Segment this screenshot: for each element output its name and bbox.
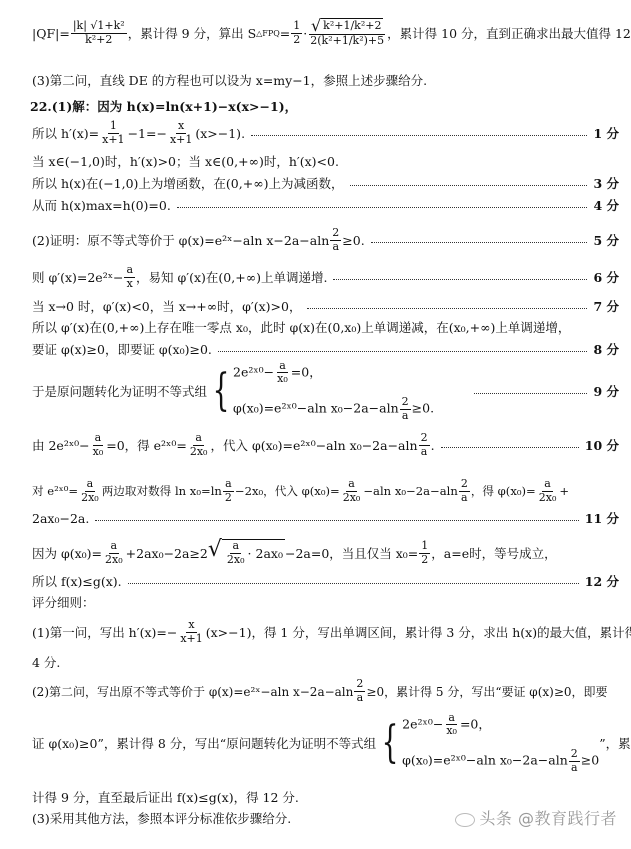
left-brace-icon: { — [382, 721, 399, 765]
score-label: 8 分 — [593, 340, 619, 358]
text: =0， — [460, 716, 491, 731]
denominator: x₀ — [91, 446, 106, 459]
text: 因为 φ(x₀)= — [32, 544, 102, 562]
proof-start-line: (2)证明：原不等式等价于 φ(x)=e²ˣ−aln x−2a−aln 2a ≥… — [32, 225, 619, 255]
score-label: 9 分 — [593, 382, 619, 400]
text: ”，累 — [599, 734, 630, 752]
fraction: 2a — [354, 678, 365, 704]
dotted-leader — [128, 583, 579, 584]
score-label: 12 分 — [585, 572, 619, 590]
text: 2e²ˣ⁰− — [233, 364, 274, 379]
numerator: 1 — [291, 20, 302, 34]
text: φ(x₀)=e²ˣ⁰−aln x₀−2a−aln — [402, 753, 568, 768]
denominator: a — [419, 446, 430, 459]
numerator: 2 — [330, 227, 341, 241]
text: −1=− — [128, 126, 167, 141]
fraction: a2x₀ — [537, 478, 559, 504]
score-label: 11 分 — [585, 509, 619, 527]
text: ，代入 φ(x₀)=e²ˣ⁰−aln x₀−2a−aln — [210, 436, 417, 454]
sign-analysis-line: 当 x∈(−1,0)时，h′(x)>0；当 x∈(0,+∞)时，h′(x)<0. — [32, 151, 619, 171]
text: −2a=0，当且仅当 x₀= — [285, 544, 418, 562]
numerator: a — [109, 540, 120, 554]
fraction: 2a — [400, 396, 411, 422]
result-line: 2ax₀−2a. 11 分 — [32, 508, 619, 528]
fraction: ax₀ — [444, 712, 459, 738]
fraction: ax — [124, 264, 135, 290]
derivative-line: 所以 h′(x)= 1x+1 −1=− xx+1 (x>−1). 1 分 — [32, 118, 619, 148]
radicand: k²+1/k²+2 — [321, 18, 383, 34]
fraction: ax₀ — [275, 360, 290, 386]
system-rows: 2e²ˣ⁰−ax₀=0， φ(x₀)=e²ˣ⁰−aln x₀−2a−aln2a≥… — [402, 712, 599, 775]
denominator: k²+2 — [83, 34, 114, 47]
text: ≥0. — [342, 233, 364, 248]
score-label: 10 分 — [585, 436, 619, 454]
text: =0， — [291, 364, 322, 379]
text: (x>−1). — [195, 126, 245, 141]
score-label: 6 分 — [593, 268, 619, 286]
text: (2)证明：原不等式等价于 φ(x)=e²ˣ−aln x−2a−aln — [32, 231, 329, 249]
numerator: a — [85, 478, 96, 492]
text: ，得 φ(x₀)= — [471, 483, 536, 499]
numerator: |k| √1+k² — [71, 20, 127, 34]
denominator: 2 — [223, 492, 234, 505]
score-label: 5 分 — [593, 231, 619, 249]
rule-part2-system-line: 证 φ(x₀)≥0”，累计得 8 分，写出“原问题转化为证明不等式组 { 2e²… — [32, 712, 619, 774]
denominator: x+1 — [178, 633, 204, 646]
dotted-leader — [177, 207, 588, 208]
substitution-line: 由 2e²ˣ⁰− ax₀ =0，得 e²ˣ⁰= a2x₀ ，代入 φ(x₀)=e… — [32, 430, 619, 460]
numerator: a — [230, 540, 241, 554]
text: 所以 h′(x)= — [32, 124, 99, 142]
text: 所以 f(x)≤g(x). — [32, 572, 122, 590]
text: −aln x₀−2a−aln — [363, 484, 457, 498]
text: 由 2e²ˣ⁰− — [32, 436, 90, 454]
fraction: |k| √1+k² k²+2 — [71, 20, 127, 46]
denominator: a — [400, 410, 411, 423]
text: ，累计得 10 分，直到正确求出最大值得 12 分. — [387, 24, 631, 42]
fraction: 2a — [419, 432, 430, 458]
grading-rules-heading: 评分细则： — [32, 592, 619, 612]
rule-part1-cont: 4 分. — [32, 652, 619, 672]
text: ≥0 — [581, 753, 599, 768]
denominator: 2x₀ — [188, 446, 210, 459]
text: ，a=e时，等号成立， — [431, 544, 556, 562]
numerator: 1 — [108, 120, 119, 134]
text: · — [303, 26, 307, 41]
numerator: 2 — [459, 478, 470, 492]
numerator: a — [93, 432, 104, 446]
text: =0，得 e²ˣ⁰= — [106, 436, 187, 454]
numerator: x — [186, 619, 196, 633]
qf-formula-line: |QF|= |k| √1+k² k²+2 ，累计得 9 分，算出 S△FPQ =… — [32, 10, 619, 56]
denominator: 2x₀ — [225, 554, 247, 567]
sqrt: √k²+1/k²+2 — [311, 18, 384, 34]
denominator: x+1 — [168, 134, 194, 147]
numerator: x — [176, 120, 186, 134]
text: 22.(1)解：因为 h(x)=ln(x+1)−x(x>−1)， — [30, 97, 297, 115]
dotted-leader — [441, 447, 579, 448]
numerator: a — [542, 478, 553, 492]
score-label: 4 分 — [593, 196, 619, 214]
text: 则 φ′(x)=2e²ˣ− — [32, 268, 123, 286]
fraction: ax₀ — [91, 432, 106, 458]
numerator: 2 — [400, 396, 411, 410]
text: 证 φ(x₀)≥0”，累计得 8 分，写出“原问题转化为证明不等式组 — [32, 734, 376, 752]
watermark: 头条 @教育践行者 — [455, 806, 617, 829]
denominator: a — [331, 241, 342, 254]
text: ，易知 φ′(x)在(0,+∞)上单调递增. — [136, 268, 327, 286]
system-row-1: 2e²ˣ⁰−ax₀=0， — [233, 360, 434, 386]
rule-part2-line: (2)第二问，写出原不等式等价于 φ(x)=e²ˣ−aln x−2a−aln 2… — [32, 676, 619, 706]
fraction: a2x₀ — [79, 478, 101, 504]
dotted-leader — [371, 242, 588, 243]
fraction: a2x₀ — [103, 540, 125, 566]
text: 当 x∈(−1,0)时，h′(x)>0；当 x∈(0,+∞)时，h′(x)<0. — [32, 152, 339, 170]
numerator: a — [124, 264, 135, 278]
radical-icon: √ — [311, 18, 321, 34]
fraction: a2x₀ — [225, 540, 247, 566]
denominator: x — [125, 278, 135, 291]
radicand: a2x₀· 2ax₀ — [222, 539, 285, 566]
text: 对 e²ˣ⁰= — [32, 483, 78, 499]
text: (3)采用其他方法，参照本评分标准依步骤给分. — [32, 809, 291, 827]
dotted-leader — [218, 351, 588, 352]
denominator: 2x₀ — [341, 492, 363, 505]
monotonic-line: 所以 h(x)在(−1,0)上为增函数，在(0,+∞)上为减函数， 3 分 — [32, 173, 619, 193]
wechat-icon — [455, 813, 475, 827]
denominator: 2x₀ — [79, 492, 101, 505]
sqrt: √a2x₀· 2ax₀ — [208, 539, 285, 566]
fraction: 1x+1 — [100, 120, 126, 146]
text: (x>−1)，得 1 分，写出单调区间，累计得 3 分，求出 h(x)的最大值，… — [206, 623, 631, 641]
numerator: a — [346, 478, 357, 492]
denominator: x₀ — [444, 725, 459, 738]
denominator: x+1 — [100, 134, 126, 147]
numerator: 1 — [419, 540, 430, 554]
radical-icon: √ — [208, 539, 222, 566]
system-row-1: 2e²ˣ⁰−ax₀=0， — [402, 712, 599, 738]
rule-part1-line: (1)第一问，写出 h′(x)=− xx+1 (x>−1)，得 1 分，写出单调… — [32, 617, 619, 647]
dotted-leader — [333, 279, 587, 280]
denominator: 2 — [291, 34, 302, 47]
fraction: xx+1 — [178, 619, 204, 645]
denominator: 2x₀ — [537, 492, 559, 505]
text: (2)第二问，写出原不等式等价于 φ(x)=e²ˣ−aln x−2a−aln — [32, 683, 353, 700]
denominator: x₀ — [275, 373, 290, 386]
watermark-text: 头条 @教育践行者 — [479, 809, 617, 828]
score-label: 7 分 — [593, 297, 619, 315]
text: + — [559, 484, 569, 498]
denominator: 2(k²+1/k²)+5 — [308, 35, 386, 48]
limit-line: 当 x→0 时，φ′(x)<0，当 x→+∞时，φ′(x)>0， 7 分 — [32, 296, 619, 316]
text: 要证 φ(x)≥0，即要证 φ(x₀)≥0. — [32, 340, 212, 358]
text: (3)第二问，直线 DE 的方程也可以设为 x=my−1，参照上述步骤给分. — [32, 71, 427, 89]
subscript: △FPQ — [256, 29, 280, 38]
text: ≥0. — [412, 401, 434, 416]
system-row-2: φ(x₀)=e²ˣ⁰−aln x₀−2a−aln2a≥0 — [402, 748, 599, 774]
text: 2ax₀−2a. — [32, 511, 89, 526]
equation-system: { 2e²ˣ⁰−ax₀=0， φ(x₀)=e²ˣ⁰−aln x₀−2a−aln2… — [207, 360, 434, 423]
denominator: 2x₀ — [103, 554, 125, 567]
numerator: 2 — [419, 432, 430, 446]
zero-point-line: 所以 φ′(x)在(0,+∞)上存在唯一零点 x₀，此时 φ(x)在(0,x₀)… — [32, 317, 619, 337]
left-brace-icon: { — [213, 369, 230, 413]
denominator: a — [569, 762, 580, 775]
text: 评分细则： — [32, 593, 95, 611]
fraction: 2a — [569, 748, 580, 774]
text: −2x₀，代入 φ(x₀)= — [235, 483, 340, 499]
text: . — [431, 438, 435, 453]
score-label: 1 分 — [593, 124, 619, 142]
text: ，累计得 9 分，算出 S — [128, 24, 256, 42]
fraction: a2x₀ — [188, 432, 210, 458]
fraction: 2a — [330, 227, 341, 253]
dotted-leader — [474, 393, 587, 394]
denominator: a — [459, 492, 470, 505]
numerator: √k²+1/k²+2 — [309, 18, 386, 35]
system-line: 于是原问题转化为证明不等式组 { 2e²ˣ⁰−ax₀=0， φ(x₀)=e²ˣ⁰… — [32, 360, 619, 422]
text: 计得 9 分，直至最后证出 f(x)≤g(x)，得 12 分. — [32, 788, 299, 806]
numerator: 2 — [569, 748, 580, 762]
conclusion-line: 所以 f(x)≤g(x). 12 分 — [32, 571, 619, 591]
text: · 2ax₀ — [248, 546, 283, 561]
text: |QF|= — [32, 26, 70, 41]
text: 所以 φ′(x)在(0,+∞)上存在唯一零点 x₀，此时 φ(x)在(0,x₀)… — [32, 318, 570, 336]
log-line: 对 e²ˣ⁰= a2x₀ 两边取对数得 ln x₀=ln a2 −2x₀，代入 … — [32, 476, 619, 506]
text: (1)第一问，写出 h′(x)=− — [32, 623, 177, 641]
q22-heading: 22.(1)解：因为 h(x)=ln(x+1)−x(x>−1)， — [30, 96, 619, 116]
text: φ(x₀)=e²ˣ⁰−aln x₀−2a−aln — [233, 401, 399, 416]
dotted-leader — [350, 185, 588, 186]
numerator: a — [446, 712, 457, 726]
text: 当 x→0 时，φ′(x)<0，当 x→+∞时，φ′(x)>0， — [32, 297, 301, 315]
text: = — [280, 26, 290, 41]
score-label: 3 分 — [593, 174, 619, 192]
fraction: a2 — [223, 478, 234, 504]
denominator: a — [355, 692, 366, 705]
max-value-line: 从而 h(x)max=h(0)=0. 4 分 — [32, 195, 619, 215]
fraction: a2x₀ — [341, 478, 363, 504]
fraction: xx+1 — [168, 120, 194, 146]
dotted-leader — [95, 520, 578, 521]
text: 2e²ˣ⁰− — [402, 716, 443, 731]
fraction: √k²+1/k²+2 2(k²+1/k²)+5 — [308, 18, 386, 48]
rule-part2-end: 计得 9 分，直至最后证出 f(x)≤g(x)，得 12 分. — [32, 787, 619, 807]
equation-system: { 2e²ˣ⁰−ax₀=0， φ(x₀)=e²ˣ⁰−aln x₀−2a−aln2… — [376, 712, 599, 775]
dotted-leader — [307, 308, 587, 309]
am-gm-line: 因为 φ(x₀)= a2x₀ +2ax₀−2a≥2 √a2x₀· 2ax₀ −2… — [32, 537, 619, 569]
text: 4 分. — [32, 653, 60, 671]
numerator: a — [223, 478, 234, 492]
text: 从而 h(x)max=h(0)=0. — [32, 196, 171, 214]
part3-note: (3)第二问，直线 DE 的方程也可以设为 x=my−1，参照上述步骤给分. — [32, 70, 619, 90]
numerator: 2 — [354, 678, 365, 692]
numerator: a — [277, 360, 288, 374]
text: +2ax₀−2a≥2 — [126, 546, 208, 561]
text: ≥0，累计得 5 分，写出“要证 φ(x)≥0，即要 — [366, 683, 607, 700]
text: 两边取对数得 ln x₀=ln — [102, 483, 222, 499]
text: 所以 h(x)在(−1,0)上为增函数，在(0,+∞)上为减函数， — [32, 174, 344, 192]
goal-line: 要证 φ(x)≥0，即要证 φ(x₀)≥0. 8 分 — [32, 339, 619, 359]
numerator: a — [193, 432, 204, 446]
fraction: 2a — [459, 478, 470, 504]
system-rows: 2e²ˣ⁰−ax₀=0， φ(x₀)=e²ˣ⁰−aln x₀−2a−aln2a≥… — [233, 360, 434, 423]
system-row-2: φ(x₀)=e²ˣ⁰−aln x₀−2a−aln2a≥0. — [233, 396, 434, 422]
fraction: 1 2 — [291, 20, 302, 46]
fraction: 12 — [419, 540, 430, 566]
phi-derivative-line: 则 φ′(x)=2e²ˣ− ax ，易知 φ′(x)在(0,+∞)上单调递增. … — [32, 262, 619, 292]
dotted-leader — [251, 135, 587, 136]
denominator: 2 — [419, 554, 430, 567]
text: 于是原问题转化为证明不等式组 — [32, 382, 207, 400]
